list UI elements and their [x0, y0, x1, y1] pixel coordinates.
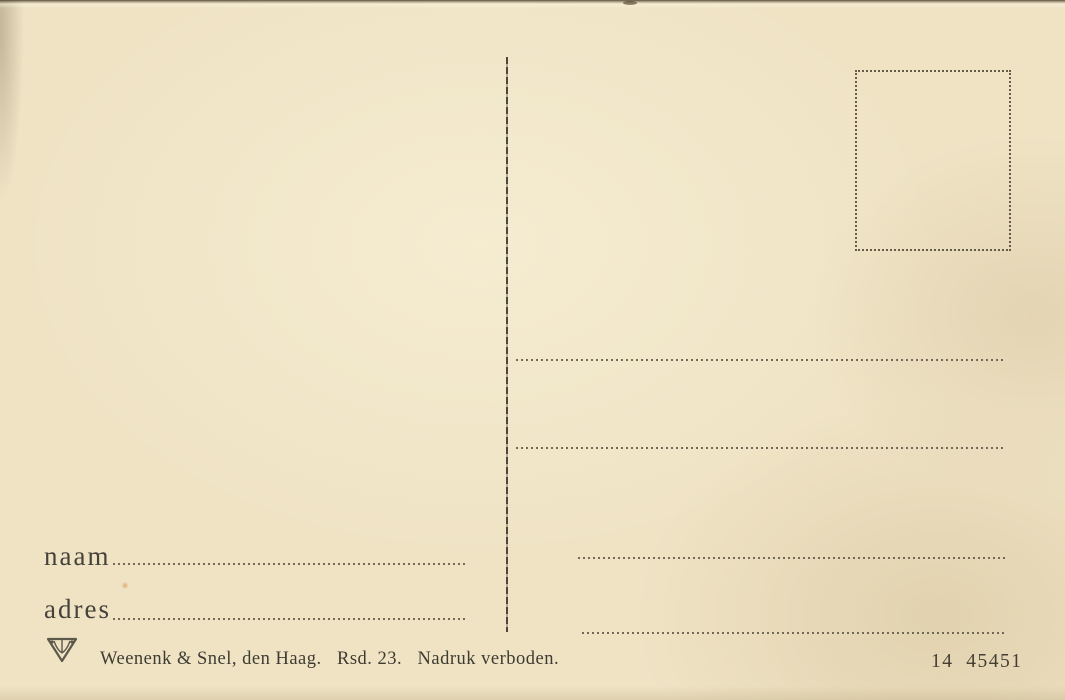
address-writing-line [516, 359, 1006, 361]
address-writing-line [578, 557, 1007, 559]
center-divider-line [506, 57, 508, 632]
foxing-spot [121, 582, 129, 589]
stamp-box [855, 70, 1011, 251]
address-field-label: adres [44, 596, 111, 623]
address-writing-line [516, 447, 1004, 449]
card-top-edge [0, 0, 1065, 8]
name-field-label: naam [44, 543, 110, 570]
name-writing-line [113, 563, 467, 565]
address-writing-line [113, 618, 467, 620]
serial-number: 14 45451 [931, 651, 1023, 673]
publisher-logo-monogram-icon [46, 635, 78, 663]
paper-blemish [623, 1, 637, 5]
publisher-imprint-text: Weenenk & Snel, den Haag. Rsd. 23. Nadru… [100, 649, 559, 670]
postcard-back: naam adres Weenenk & Snel, den Haag. Rsd… [0, 0, 1065, 700]
address-writing-line [582, 632, 1005, 634]
